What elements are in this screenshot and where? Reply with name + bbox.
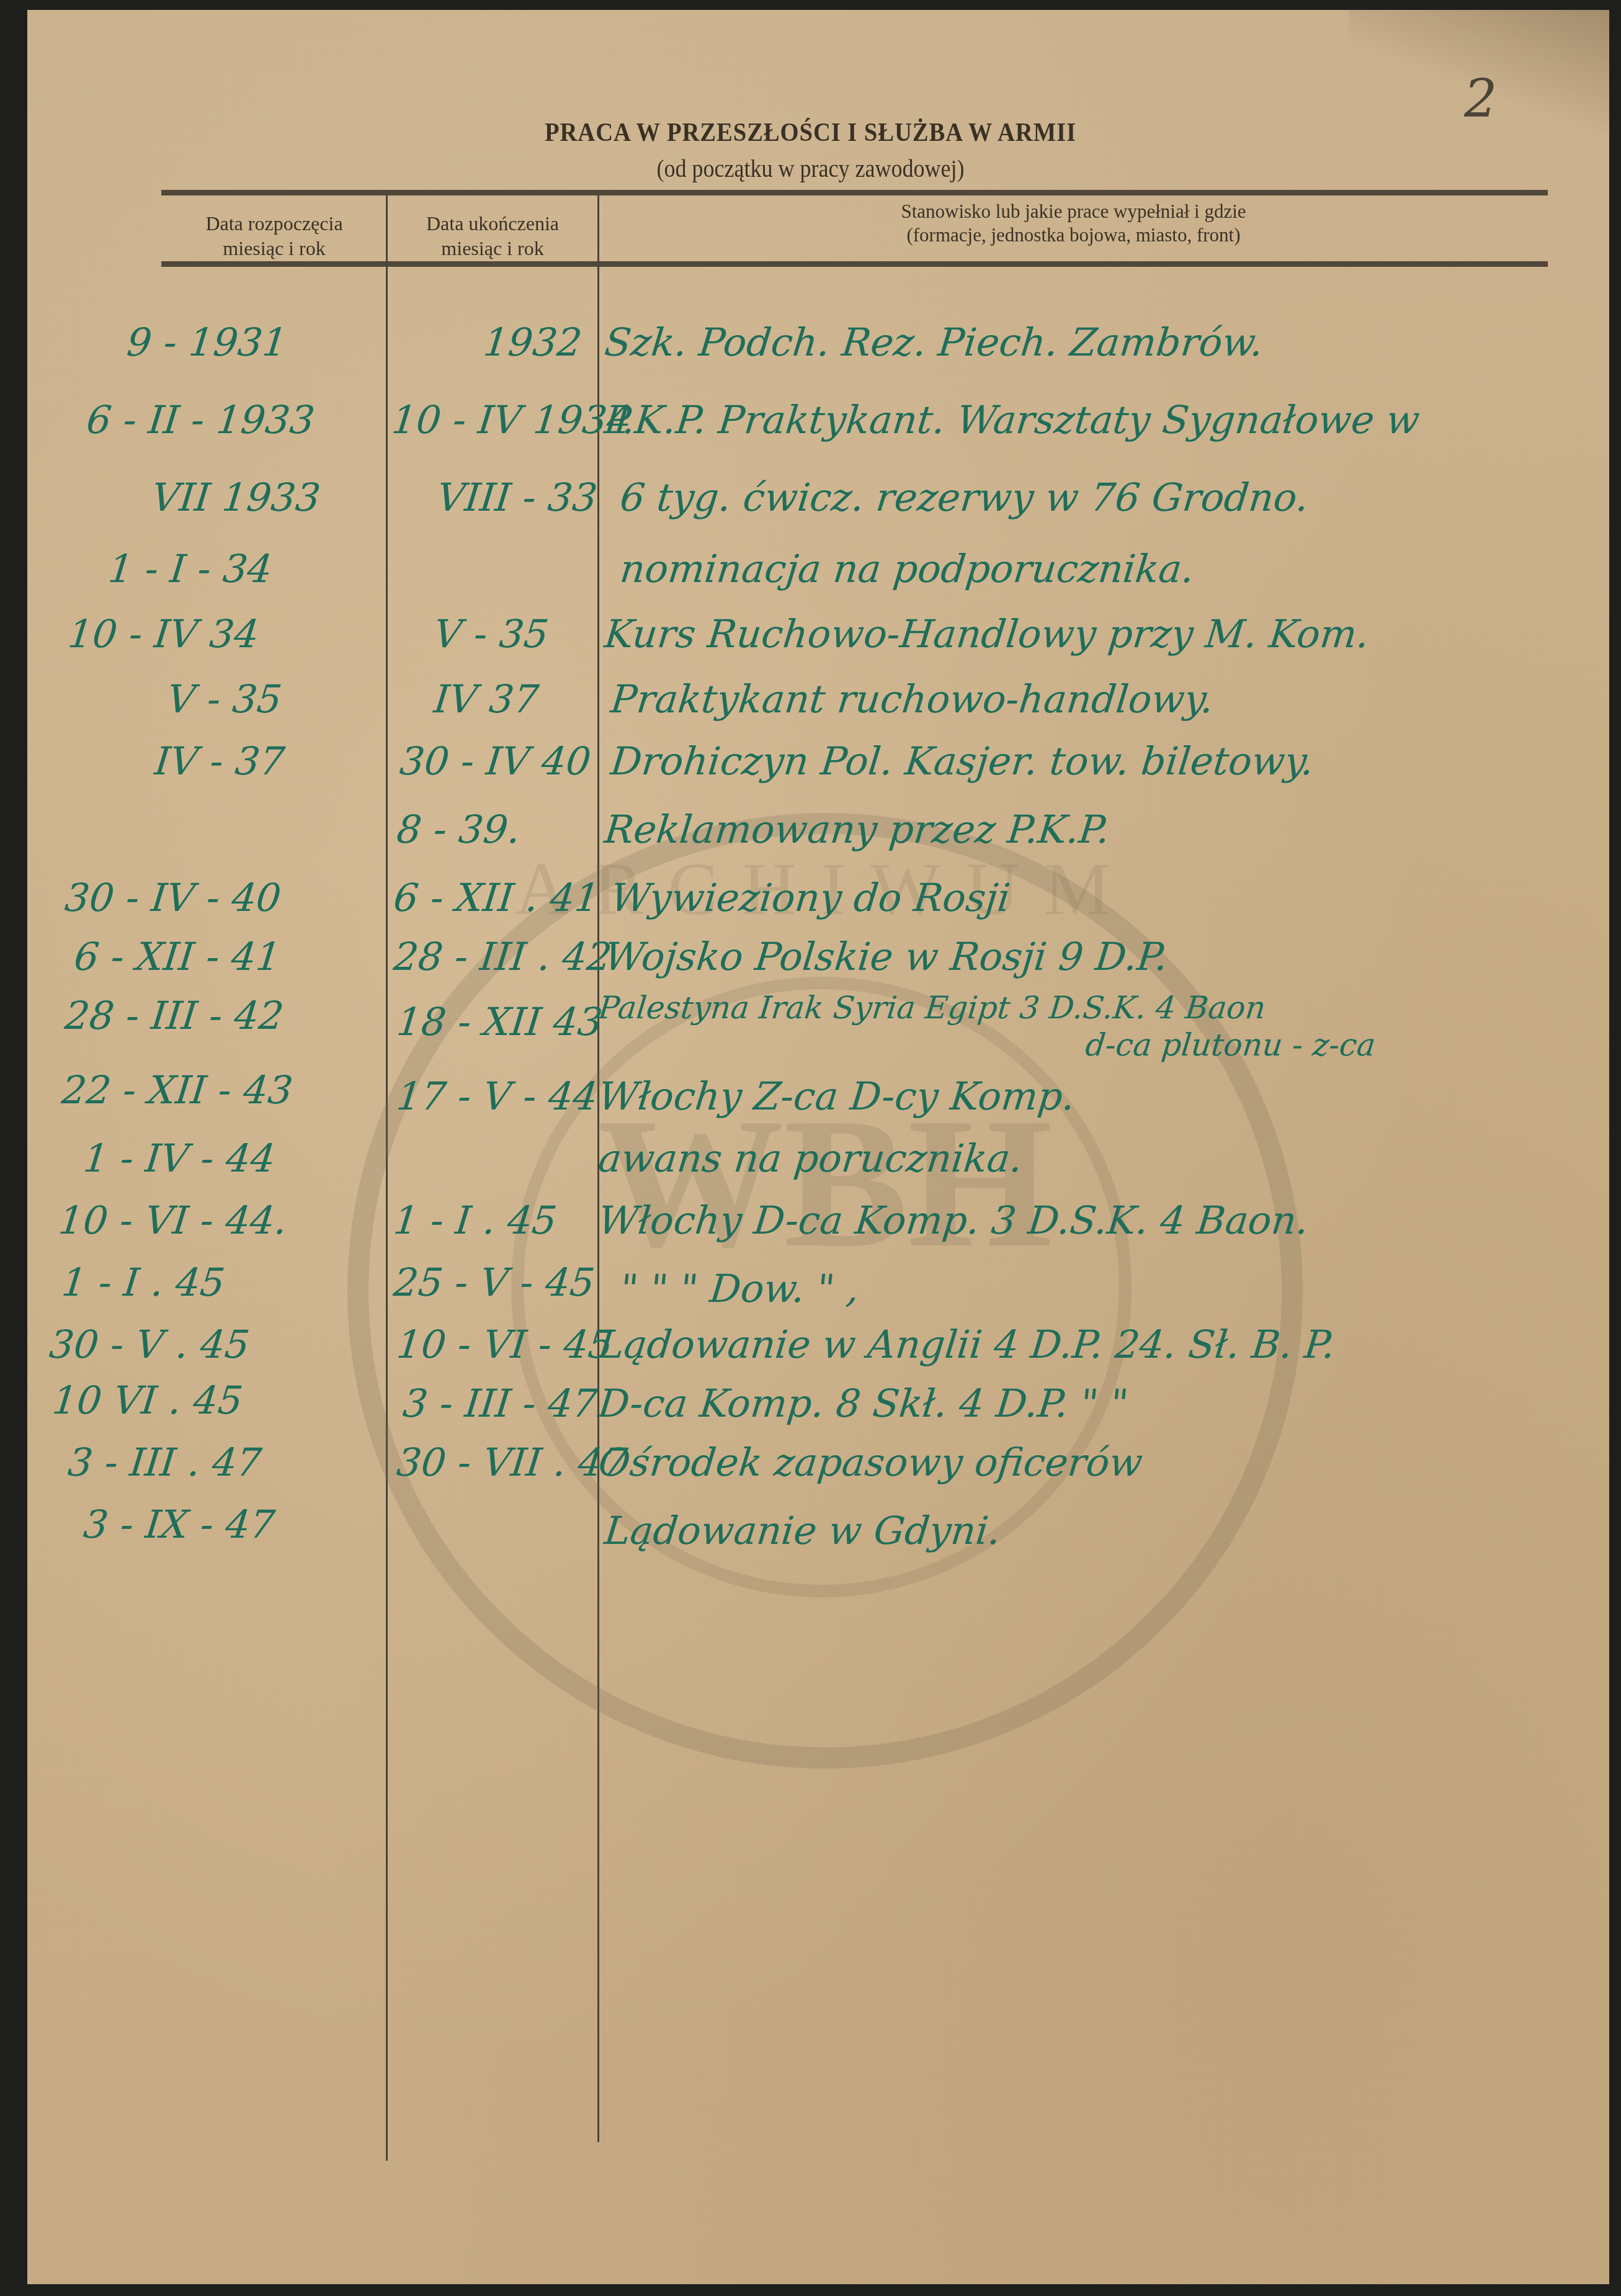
row-description: Kurs Ruchowo-Handlowy przy M. Kom. xyxy=(602,611,1371,657)
row-start-date: 6 - II - 1933 xyxy=(84,397,317,442)
row-start-date: 1 - I - 34 xyxy=(106,546,274,591)
row-start-date: 1 - I . 45 xyxy=(60,1260,227,1305)
row-end-date: 6 - XII . 41 xyxy=(391,875,602,920)
row-start-date: 10 VI . 45 xyxy=(50,1378,245,1423)
row-end-date: 10 - VI - 45 xyxy=(395,1322,615,1367)
row-end-date: 10 - IV 1934 xyxy=(390,397,634,442)
column-header-end-line2: miesiąc i rok xyxy=(388,236,597,261)
column-header-start-line1: Data rozpoczęcia xyxy=(163,211,386,236)
row-start-date: 10 - VI - 44. xyxy=(56,1198,289,1243)
form-subtitle: (od początku w pracy zawodowej) xyxy=(81,154,1540,183)
row-end-date: V - 35 xyxy=(432,611,551,657)
row-description: nominacja na podporucznika. xyxy=(618,546,1196,591)
row-end-date: VIII - 33 xyxy=(435,475,599,520)
row-description: Palestyna Irak Syria Egipt 3 D.S.K. 4 Ba… xyxy=(597,990,1267,1026)
row-start-date: 3 - IX - 47 xyxy=(81,1502,277,1547)
row-start-date: 30 - V . 45 xyxy=(47,1322,252,1367)
row-end-date: 8 - 39. xyxy=(395,807,522,852)
row-start-date: 10 - IV 34 xyxy=(66,611,261,657)
row-end-date: 3 - III - 47 xyxy=(401,1381,599,1426)
column-header-end-date: Data ukończenia miesiąc i rok xyxy=(388,211,597,261)
row-end-date: 30 - IV 40 xyxy=(398,738,593,784)
row-description: Wojsko Polskie w Rosji 9 D.P. xyxy=(602,934,1170,979)
row-description: Ośrodek zapasowy oficerów xyxy=(596,1440,1145,1485)
row-description: Włochy D-ca Komp. 3 D.S.K. 4 Baon. xyxy=(596,1198,1311,1243)
row-description-continuation: d-ca plutonu - z-ca xyxy=(1084,1027,1377,1063)
row-description: D-ca Komp. 8 Skł. 4 D.P. " " xyxy=(596,1381,1130,1426)
row-description: 6 tyg. ćwicz. rezerwy w 76 Grodno. xyxy=(618,475,1311,520)
column-header-description: Stanowisko lub jakie prace wypełniał i g… xyxy=(599,200,1548,247)
row-start-date: 6 - XII - 41 xyxy=(72,934,283,979)
column-header-desc-line2: (formacje, jednostka bojowa, miasto, fro… xyxy=(599,223,1548,247)
row-description: P.K.P. Praktykant. Warsztaty Sygnałowe w xyxy=(602,397,1422,442)
form-title: PRACA W PRZESZŁOŚCI I SŁUŻBA W ARMII xyxy=(65,118,1556,148)
row-description: Szk. Podch. Rez. Piech. Zambrów. xyxy=(602,320,1266,365)
row-start-date: 22 - XII - 43 xyxy=(60,1067,295,1113)
row-end-date: 17 - V - 44 xyxy=(395,1074,600,1119)
row-description: Lądowanie w Anglii 4 D.P. 24. Sł. B. P. xyxy=(596,1322,1337,1367)
row-description: Drohiczyn Pol. Kasjer. tow. biletowy. xyxy=(609,738,1316,784)
row-start-date: IV - 37 xyxy=(153,738,287,784)
row-start-date: 1 - IV - 44 xyxy=(81,1136,277,1181)
row-description: Wywieziony do Rosji xyxy=(609,875,1012,920)
column-header-end-line1: Data ukończenia xyxy=(388,211,597,236)
column-header-start-date: Data rozpoczęcia miesiąc i rok xyxy=(163,211,386,261)
row-description: Praktykant ruchowo-handlowy. xyxy=(609,676,1216,722)
row-description: Lądowanie w Gdyni. xyxy=(602,1508,1003,1553)
column-header-start-line2: miesiąc i rok xyxy=(163,236,386,261)
row-end-date: 18 - XII 43 xyxy=(395,999,605,1044)
row-start-date: 9 - 1931 xyxy=(125,320,289,365)
row-description: Reklamowany przez P.K.P. xyxy=(602,807,1112,852)
row-start-date: 30 - IV - 40 xyxy=(63,875,283,920)
row-start-date: VII 1933 xyxy=(150,475,323,520)
row-end-date: 1 - I . 45 xyxy=(391,1198,559,1243)
row-description: awans na porucznika. xyxy=(596,1136,1025,1181)
header-rule-bottom xyxy=(161,261,1548,267)
row-end-date: IV 37 xyxy=(432,676,541,722)
row-end-date: 25 - V - 45 xyxy=(391,1260,597,1305)
row-start-date: V - 35 xyxy=(165,676,284,722)
row-start-date: 3 - III . 47 xyxy=(66,1440,264,1485)
row-end-date: 28 - III . 42 xyxy=(391,934,614,979)
row-description: Włochy Z-ca D-cy Komp. xyxy=(596,1074,1077,1119)
row-start-date: 28 - III - 42 xyxy=(63,993,286,1038)
header-rule-top xyxy=(161,190,1548,195)
row-end-date: 30 - VII . 47 xyxy=(395,1440,630,1485)
row-description: " " " Dow. " , xyxy=(618,1266,861,1311)
row-end-date: 1932 xyxy=(481,320,584,365)
column-header-desc-line1: Stanowisko lub jakie prace wypełniał i g… xyxy=(599,200,1548,223)
